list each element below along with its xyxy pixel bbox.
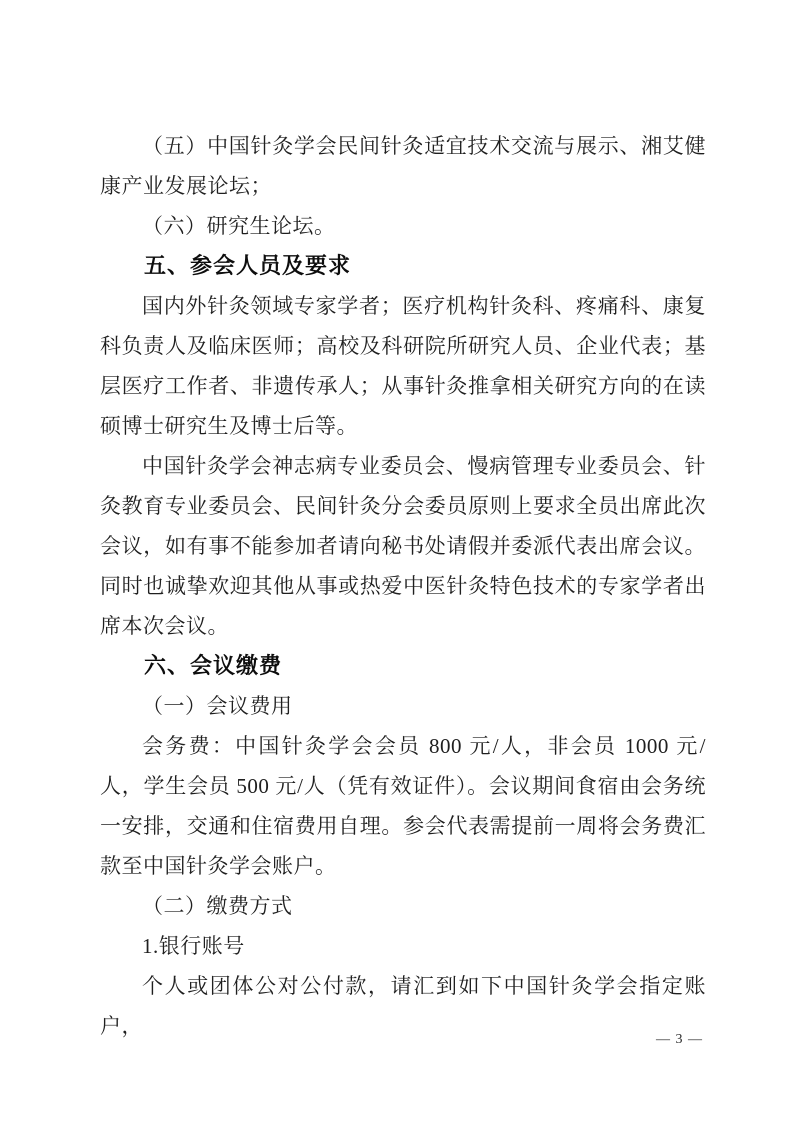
document-body: （五）中国针灸学会民间针灸适宜技术交流与展示、湘艾健康产业发展论坛； （六）研究… [100, 126, 706, 1046]
paragraph-transfer-note: 个人或团体公对公付款，请汇到如下中国针灸学会指定账户， [100, 966, 706, 1046]
paragraph-fee-subtitle: （一）会议费用 [100, 686, 706, 726]
page-number: — 3 — [656, 1031, 703, 1049]
paragraph-item-5-forum: （五）中国针灸学会民间针灸适宜技术交流与展示、湘艾健康产业发展论坛； [100, 126, 706, 206]
section-heading-payment: 六、会议缴费 [100, 646, 706, 686]
paragraph-payment-method: （二）缴费方式 [100, 886, 706, 926]
paragraph-bank-account: 1.银行账号 [100, 926, 706, 966]
paragraph-committee-require: 中国针灸学会神志病专业委员会、慢病管理专业委员会、针灸教育专业委员会、民间针灸分… [100, 446, 706, 646]
paragraph-fee-details: 会务费：中国针灸学会会员 800 元/人，非会员 1000 元/人，学生会员 5… [100, 726, 706, 886]
paragraph-item-6-forum: （六）研究生论坛。 [100, 206, 706, 246]
section-heading-attendees: 五、参会人员及要求 [100, 246, 706, 286]
document-page: （五）中国针灸学会民间针灸适宜技术交流与展示、湘艾健康产业发展论坛； （六）研究… [0, 0, 800, 1131]
paragraph-attendee-scope: 国内外针灸领域专家学者；医疗机构针灸科、疼痛科、康复科负责人及临床医师；高校及科… [100, 286, 706, 446]
